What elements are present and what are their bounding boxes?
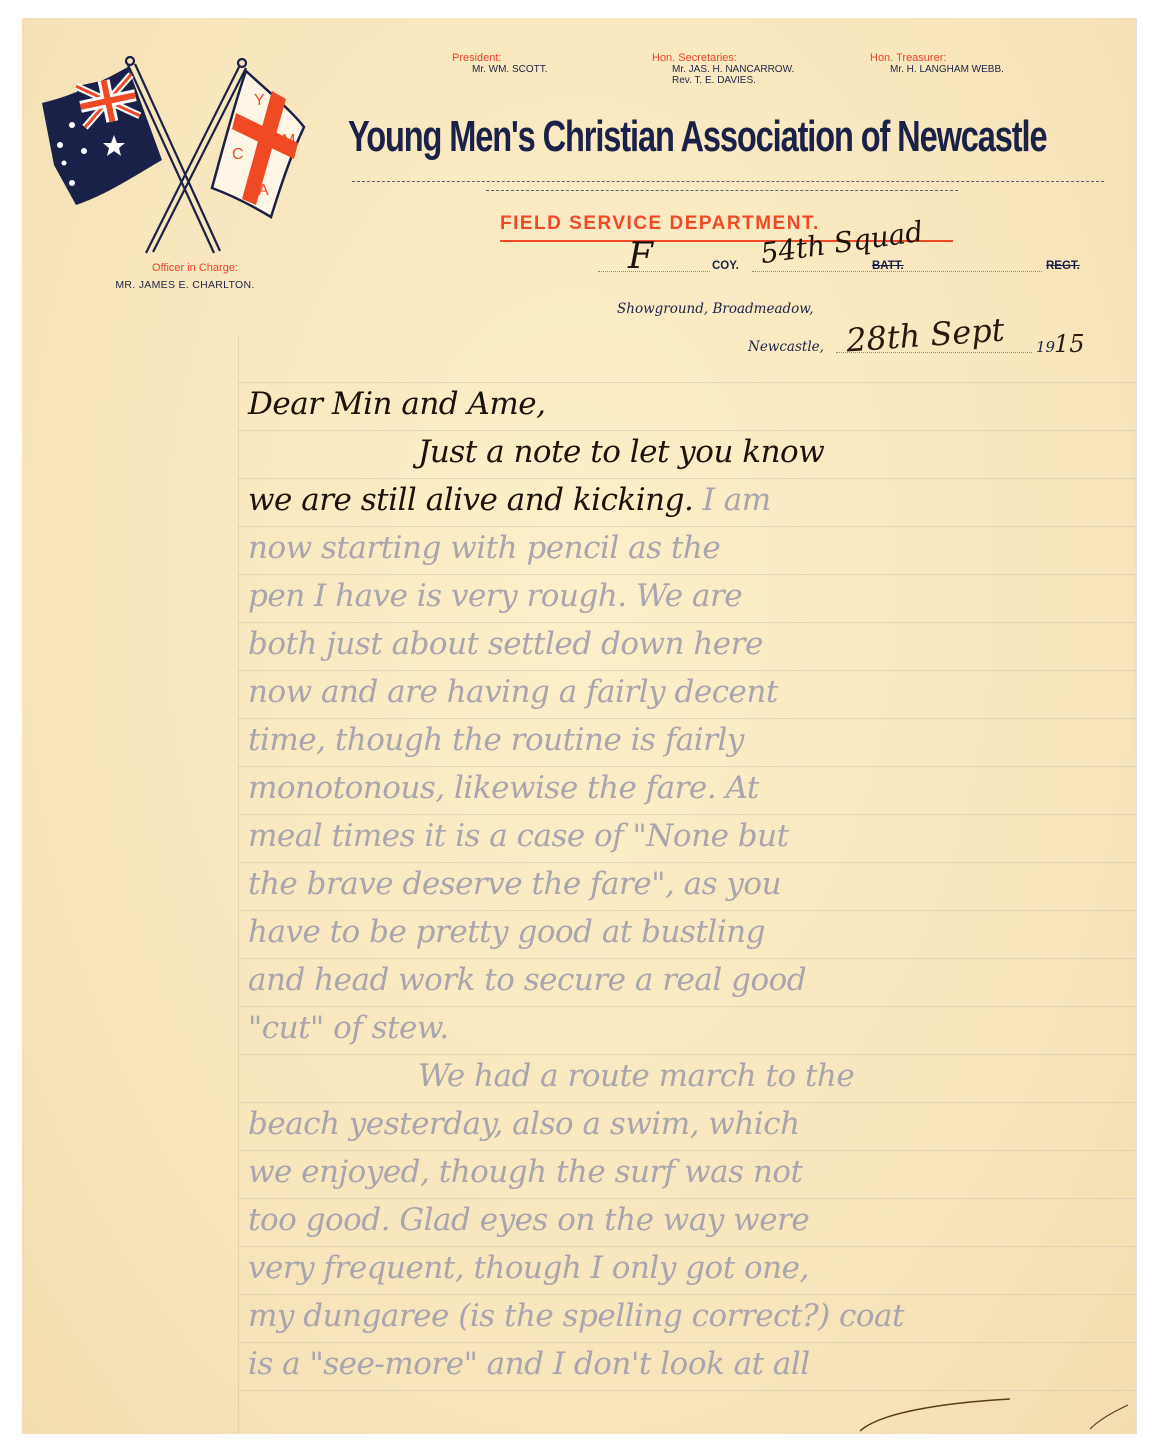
letter-line: monotonous, likewise the fare. At bbox=[248, 764, 1128, 812]
batt-label: BATT. bbox=[872, 260, 904, 272]
line-text: the brave deserve the fare", as you bbox=[248, 866, 781, 902]
secretary-name-1: Mr. JAS. H. NANCARROW. bbox=[652, 64, 794, 75]
letter-body: Dear Min and Ame, Just a note to let you… bbox=[248, 380, 1128, 1388]
line-text: time, though the routine is fairly bbox=[248, 722, 744, 758]
letter-line: time, though the routine is fairly bbox=[248, 716, 1128, 764]
title-divider bbox=[352, 181, 1104, 182]
letter-line: We had a route march to the bbox=[248, 1052, 1128, 1100]
treasurer-block: Hon. Treasurer: Mr. H. LANGHAM WEBB. bbox=[870, 52, 1004, 75]
line-text: meal times it is a case of "None but bbox=[248, 818, 789, 854]
title-divider-short bbox=[486, 190, 958, 191]
letter-line: pen I have is very rough. We are bbox=[248, 572, 1128, 620]
secretaries-block: Hon. Secretaries: Mr. JAS. H. NANCARROW.… bbox=[652, 52, 794, 86]
line-text: now starting with pencil as the bbox=[248, 530, 720, 566]
year-handwritten: 15 bbox=[1054, 330, 1085, 358]
president-block: President: Mr. WM. SCOTT. bbox=[452, 52, 548, 75]
crossed-flags-logo: Y M C A bbox=[36, 55, 306, 260]
president-name: Mr. WM. SCOTT. bbox=[452, 64, 548, 75]
officer-in-charge-name: MR. JAMES E. CHARLTON. bbox=[70, 279, 300, 291]
line-text: beach yesterday, also a swim, which bbox=[248, 1106, 800, 1142]
line-text: "cut" of stew. bbox=[248, 1010, 449, 1046]
letter-line: have to be pretty good at bustling bbox=[248, 908, 1128, 956]
secretary-name-2: Rev. T. E. DAVIES. bbox=[652, 75, 794, 86]
line-text: and head work to secure a real good bbox=[248, 962, 806, 998]
address-line-1: Showground, Broadmeadow, bbox=[617, 301, 814, 317]
letter-line: now starting with pencil as the bbox=[248, 524, 1128, 572]
svg-text:A: A bbox=[258, 182, 269, 199]
year-prefix: 19 bbox=[1036, 338, 1055, 356]
coy-label: COY. bbox=[712, 260, 739, 272]
letter-line: both just about settled down here bbox=[248, 620, 1128, 668]
letter-line: meal times it is a case of "None but bbox=[248, 812, 1128, 860]
svg-text:Y: Y bbox=[254, 92, 265, 109]
president-label: President: bbox=[452, 52, 548, 64]
letter-line: too good. Glad eyes on the way were bbox=[248, 1196, 1128, 1244]
line-text: my dungaree (is the spelling correct?) c… bbox=[248, 1298, 904, 1334]
line-text: we are still alive and kicking. bbox=[248, 482, 693, 518]
letter-line: and head work to secure a real good bbox=[248, 956, 1128, 1004]
line-text: Dear Min and Ame, bbox=[248, 386, 545, 422]
svg-text:M: M bbox=[282, 132, 295, 149]
line-text: We had a route march to the bbox=[418, 1058, 854, 1094]
letter-line: very frequent, though I only got one, bbox=[248, 1244, 1128, 1292]
line-text: monotonous, likewise the fare. At bbox=[248, 770, 759, 806]
line-text: have to be pretty good at bustling bbox=[248, 914, 765, 950]
line-text: now and are having a fairly decent bbox=[248, 674, 778, 710]
australian-flag-icon bbox=[42, 67, 162, 205]
treasurer-label: Hon. Treasurer: bbox=[870, 52, 1004, 64]
secretaries-label: Hon. Secretaries: bbox=[652, 52, 794, 64]
letter-line: Dear Min and Ame, bbox=[248, 380, 1128, 428]
letter-line: we are still alive and kicking. I am bbox=[248, 476, 1128, 524]
letter-line: "cut" of stew. bbox=[248, 1004, 1128, 1052]
line-text: very frequent, though I only got one, bbox=[248, 1250, 809, 1286]
letter-line: we enjoyed, though the surf was not bbox=[248, 1148, 1128, 1196]
ink-flourish bbox=[850, 1395, 1130, 1435]
line-text: is a "see-more" and I don't look at all bbox=[248, 1346, 810, 1382]
svg-text:C: C bbox=[232, 146, 244, 163]
letter-line: Just a note to let you know bbox=[248, 428, 1128, 476]
letter-line: is a "see-more" and I don't look at all bbox=[248, 1340, 1128, 1388]
letter-line: now and are having a fairly decent bbox=[248, 668, 1128, 716]
treasurer-name: Mr. H. LANGHAM WEBB. bbox=[870, 64, 1004, 75]
regt-label: REGT. bbox=[1046, 260, 1080, 272]
address-city: Newcastle, bbox=[748, 339, 824, 355]
organization-title: Young Men's Christian Association of New… bbox=[348, 106, 910, 168]
line-text: we enjoyed, though the surf was not bbox=[248, 1154, 802, 1190]
line-text-pencil-tail: I am bbox=[693, 482, 770, 518]
line-text: both just about settled down here bbox=[248, 626, 763, 662]
letter-line: my dungaree (is the spelling correct?) c… bbox=[248, 1292, 1128, 1340]
letter-line: the brave deserve the fare", as you bbox=[248, 860, 1128, 908]
officer-in-charge-label: Officer in Charge: bbox=[90, 262, 300, 274]
letter-line: beach yesterday, also a swim, which bbox=[248, 1100, 1128, 1148]
company-dotted-line bbox=[598, 271, 710, 272]
line-text: Just a note to let you know bbox=[418, 434, 824, 470]
department-heading: FIELD SERVICE DEPARTMENT. bbox=[500, 213, 820, 235]
line-text: too good. Glad eyes on the way were bbox=[248, 1202, 809, 1238]
line-text: pen I have is very rough. We are bbox=[248, 578, 742, 614]
